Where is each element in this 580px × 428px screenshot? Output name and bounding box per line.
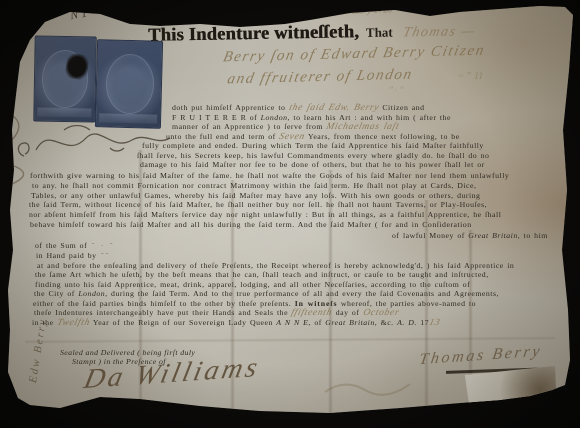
printed-text: Great Britain,: [468, 231, 520, 240]
handwritten-insert: Twelfth: [56, 319, 91, 329]
printed-text: behave himſelf toward his ſaid Maſter an…: [30, 220, 472, 229]
printed-text: the ſaid Term, without licence of his ſa…: [29, 200, 487, 209]
heading-blackletter: This Indenture witneſſeth,: [148, 22, 359, 47]
printed-text: the City of: [34, 289, 78, 298]
printed-text: either of the ſaid parties binds himſelf…: [33, 299, 295, 308]
indenture-line: at and before the enſealing and delivery…: [37, 262, 514, 270]
printed-text: unto the full end and term of: [166, 132, 279, 141]
printed-text: to him: [520, 231, 548, 240]
printed-text: at and before the enſealing and delivery…: [37, 261, 514, 270]
printed-text: Citizen and: [379, 103, 425, 112]
printed-text: London,: [78, 289, 107, 298]
horizontal-crease: [25, 336, 555, 344]
printed-text: the ſame Art which he uſeth, by the beſt…: [35, 270, 489, 279]
printed-text: nor abſent himſelf from his ſaid Maſters…: [29, 210, 501, 219]
handwritten-insert: 13: [428, 319, 441, 329]
apprentice-name-script: Thomas —: [401, 24, 477, 41]
printed-text: theſe Indentures interchangeably have pu…: [34, 308, 291, 317]
printed-text: during the ſaid Term. And to the true pe…: [108, 289, 499, 298]
printed-text: of the Sum of: [35, 241, 87, 250]
printed-text: London,: [261, 113, 290, 122]
printed-text: in the: [32, 318, 57, 327]
indenture-line: the City of London, during the ſaid Term…: [34, 290, 499, 298]
printed-text: In witneſs: [295, 299, 338, 308]
handwritten-line-2: Berry ſon of Edward Berry Citizen: [222, 43, 487, 67]
indenture-line: the ſame Art which he uſeth, by the beſt…: [35, 271, 489, 279]
indenture-line: behave himſelf toward his ſaid Maſter an…: [30, 221, 472, 229]
printed-text: doth put himſelf Apprentice to: [172, 103, 289, 112]
indenture-line: to any. he ſhall not commit Fornication …: [32, 182, 476, 190]
indenture-line: finding unto his ſaid Apprentice, meat, …: [35, 281, 470, 289]
printed-text: Years, from thence next following, to be: [305, 132, 460, 141]
printed-text: ˝ · ˝: [87, 242, 114, 250]
printed-text: ſhall ſerve, his Secrets keep, his lawfu…: [137, 151, 489, 160]
ink-blotch: [64, 52, 90, 80]
printed-text: damage to his ſaid Maſter nor ſee to be …: [140, 160, 485, 169]
indenture-line: in Hand paid by ˝˝: [36, 252, 110, 260]
indenture-line: Tables, or any other unlawful Games, whe…: [31, 192, 480, 200]
printed-text: manner of an Apprentice ) to ſerve from: [172, 122, 326, 131]
printed-text: Tables, or any other unlawful Games, whe…: [31, 191, 480, 200]
printed-text: forthwith give warning to his ſaid Maſte…: [30, 171, 509, 180]
printed-text: ˝˝: [97, 252, 110, 260]
printed-text: F R U I T E R E R of: [172, 113, 261, 122]
stamp-embossing: [105, 53, 155, 114]
indenture-line: either of the ſaid parties binds himſelf…: [33, 300, 476, 308]
interline-marks: ’’ · ’’: [388, 86, 404, 95]
printed-text: &c.: [377, 318, 397, 327]
printed-text: A N N E,: [276, 318, 311, 327]
printed-text: Year of the Reign of our Sovereign Lady …: [90, 318, 277, 327]
heading-that: That: [366, 25, 393, 41]
number-mark: N 1: [69, 7, 88, 22]
indenture-line: of lawful Money of Great Britain, to him: [392, 232, 548, 240]
printed-text: 17: [417, 318, 429, 327]
attestation-line-1: Sealed and Delivered ( being firſt duly: [60, 348, 195, 357]
printed-text: day of: [332, 308, 363, 317]
flourish-marks: ~ ” 11: [458, 72, 483, 82]
indenture-document: Edw Berry N 1 1ſt ffeb: 13 January 1720 …: [0, 0, 580, 428]
printed-text: in Hand paid by: [36, 251, 97, 260]
top-date-inscription: 1ſt ffeb: 13 January 1720: [296, 6, 393, 19]
printed-text: fully complete and ended. During which T…: [142, 141, 484, 150]
faded-ink-smudge: [320, 372, 430, 402]
left-edge-inscription: [1, 36, 19, 186]
indenture-line: fully complete and ended. During which T…: [142, 142, 484, 150]
indenture-line: ſhall ſerve, his Secrets keep, his lawfu…: [137, 152, 489, 160]
indenture-line: F R U I T E R E R of London, to learn hi…: [172, 114, 451, 122]
printed-text: of: [311, 318, 325, 327]
folded-seal-tag: [462, 366, 557, 422]
indenture-line: of the Sum of ˝ · ˝: [35, 242, 114, 250]
printed-text: Great Britain,: [325, 318, 377, 327]
indenture-line: the ſaid Term, without licence of his ſa…: [29, 201, 487, 209]
handwritten-line-3: and ffruiterer of London: [226, 67, 415, 89]
indenture-line: in the Twelfth Year of the Reign of our …: [32, 319, 440, 329]
printed-text: to learn his Art : and with him ( after …: [290, 113, 451, 122]
indenture-line: nor abſent himſelf from his ſaid Maſters…: [29, 211, 501, 219]
document-heading: This Indenture witneſſeth, That Thomas —: [148, 20, 475, 47]
apprentice-signature: Thomas Berry: [418, 344, 543, 368]
printed-text: finding unto his ſaid Apprentice, meat, …: [35, 280, 470, 289]
indenture-line: damage to his ſaid Maſter nor ſee to be …: [140, 161, 485, 169]
revenue-stamp-left: [33, 35, 96, 122]
printed-text: to any. he ſhall not commit Fornication …: [32, 181, 476, 190]
printed-text: whereof, the parties above-named to: [337, 299, 476, 308]
printed-text: A. D.: [397, 318, 417, 327]
printed-text: of lawful Money of: [392, 231, 468, 240]
indenture-line: forthwith give warning to his ſaid Maſte…: [30, 172, 509, 180]
photograph-background: Edw Berry N 1 1ſt ffeb: 13 January 1720 …: [0, 0, 580, 428]
